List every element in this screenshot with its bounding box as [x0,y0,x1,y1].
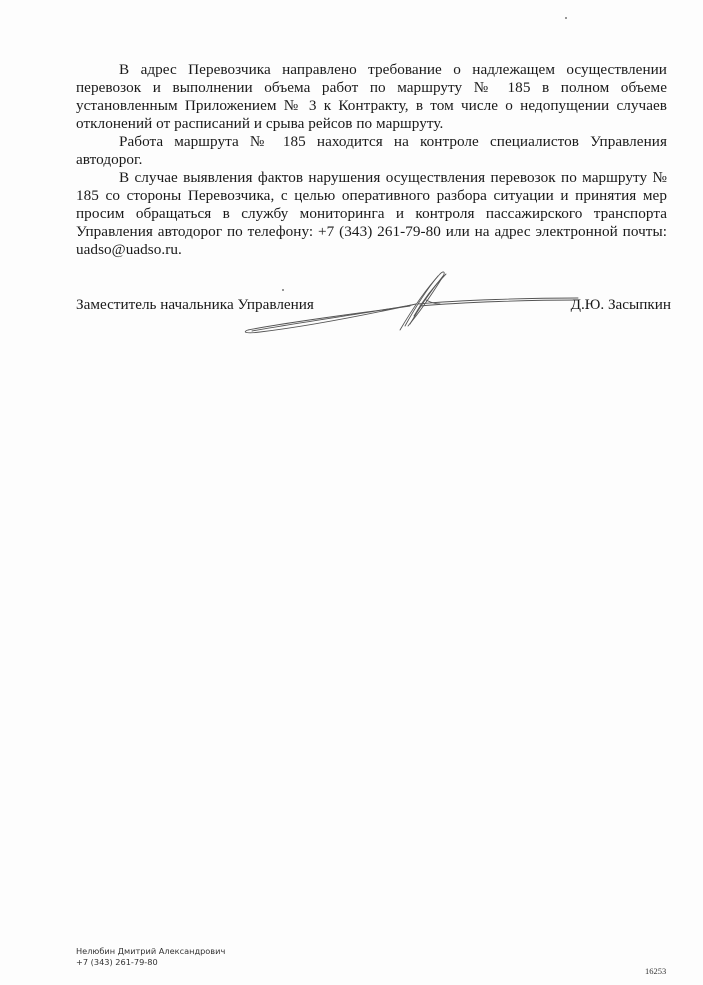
paragraph-requirement: В адрес Перевозчика направлено требовани… [76,61,667,133]
executor-name: Нелюбин Дмитрий Александрович [76,946,225,957]
letter-body: В адрес Перевозчика направлено требовани… [76,61,667,259]
signatory-name: Д.Ю. Засыпкин [571,296,671,314]
signature-block: Заместитель начальника Управления Д.Ю. З… [76,296,671,316]
executor-phone: +7 (343) 261-79-80 [76,957,225,968]
executor-info: Нелюбин Дмитрий Александрович +7 (343) 2… [76,946,225,968]
paragraph-control: Работа маршрута № 185 находится на контр… [76,133,667,169]
paragraph-contact: В случае выявления фактов нарушения осущ… [76,169,667,259]
scan-speck [565,17,567,19]
scan-speck [282,289,284,291]
signatory-position: Заместитель начальника Управления [76,296,314,314]
document-page: В адрес Перевозчика направлено требовани… [0,0,703,985]
document-number: 16253 [645,966,666,976]
